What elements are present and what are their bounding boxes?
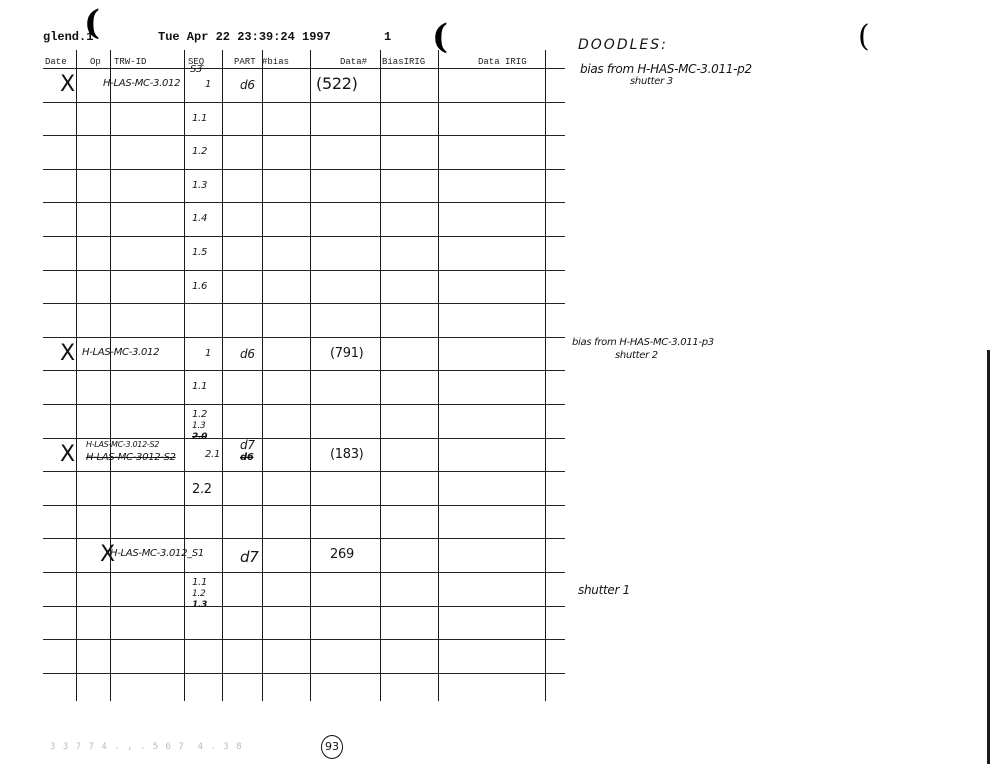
- row-divider: [43, 471, 565, 472]
- column-divider: [110, 50, 111, 701]
- trw-id: H-LAS-MC-3.012: [103, 78, 180, 89]
- row-divider: [43, 404, 565, 405]
- data-number: (522): [316, 74, 358, 93]
- row-divider: [43, 135, 565, 136]
- data-number: (791): [330, 346, 363, 361]
- row-divider: [43, 68, 565, 69]
- seq-value: 1.2: [192, 146, 207, 157]
- column-header-biasirig: BiasIRIG: [382, 57, 425, 67]
- column-header-part: PART: [234, 57, 256, 67]
- doodle-note-1-line1: bias from H-HAS-MC-3.011-p2: [580, 62, 752, 76]
- doodles-title: DOODLES:: [578, 37, 668, 53]
- seq-value: 1.1: [192, 113, 207, 124]
- column-header-data: Data#: [340, 57, 367, 67]
- punch-mark: (: [858, 22, 870, 52]
- row-divider: [43, 673, 565, 674]
- column-divider: [310, 50, 311, 701]
- part-value: d7: [240, 548, 258, 566]
- row-divider: [43, 572, 565, 573]
- row-divider: [43, 606, 565, 607]
- column-header-data-irig: Data IRIG: [478, 57, 527, 67]
- seq-value: 1.3: [192, 421, 205, 431]
- row-divider: [43, 102, 565, 103]
- op-check-mark: X: [60, 444, 75, 466]
- column-header-date: Date: [45, 57, 67, 67]
- row-divider: [43, 303, 565, 304]
- doodle-note-2-line1: bias from H-HAS-MC-3.011-p3: [572, 337, 714, 348]
- seq-value: 1.1: [192, 577, 207, 588]
- seq-value: 1.2: [192, 589, 205, 599]
- seq-value: 2.2: [192, 482, 212, 497]
- column-divider: [438, 50, 439, 701]
- part-value: d7: [240, 438, 255, 452]
- seq-value: 1.5: [192, 247, 207, 258]
- seq-value: 1: [205, 348, 211, 359]
- page-number: 93: [321, 735, 343, 759]
- trw-id-correction: H-LAS-MC-3.012-S2: [86, 440, 159, 449]
- op-check-mark: X: [60, 343, 75, 365]
- doodle-note-3: shutter 1: [578, 583, 630, 597]
- part-value: d6: [240, 347, 255, 361]
- row-divider: [43, 505, 565, 506]
- data-number: 269: [330, 547, 354, 562]
- column-divider: [262, 50, 263, 701]
- column-divider: [76, 50, 77, 701]
- punch-mark: (: [84, 6, 100, 40]
- row-divider: [43, 370, 565, 371]
- seq-value: 1: [205, 79, 211, 90]
- print-timestamp: Tue Apr 22 23:39:24 1997: [158, 30, 331, 44]
- column-header-bias: #bias: [262, 57, 289, 67]
- part-struck: d6: [240, 452, 254, 463]
- punch-mark: (: [432, 20, 448, 54]
- seq-value: 2.0: [192, 432, 207, 442]
- seq-value: 2.1: [205, 449, 220, 460]
- seq-value: 1.4: [192, 213, 207, 224]
- row-divider: [43, 270, 565, 271]
- row-divider: [43, 169, 565, 170]
- trw-id-struck: H-LAS-MC-3012-S2: [86, 452, 176, 463]
- trw-id: H-LAS-MC-3.012_S1: [110, 548, 204, 559]
- seq-value: 1.2: [192, 409, 207, 420]
- row-divider: [43, 538, 565, 539]
- bates-stamp: 3 3 7 7 4 . , . 5 6 7 4 . 3 8: [50, 742, 243, 752]
- data-number: (183): [330, 447, 363, 462]
- row-divider: [43, 337, 565, 338]
- column-divider: [184, 50, 185, 701]
- scan-edge-line: [987, 350, 990, 764]
- trw-id: H-LAS-MC-3.012: [82, 347, 159, 358]
- column-divider: [222, 50, 223, 701]
- seq-value: 1.3: [192, 180, 207, 191]
- seq-note: S3: [190, 64, 202, 75]
- column-header-trw-id: TRW-ID: [114, 57, 146, 67]
- doodle-note-2-line2: shutter 2: [615, 350, 658, 361]
- column-header-op: Op: [90, 57, 101, 67]
- row-divider: [43, 236, 565, 237]
- seq-value: 1.1: [192, 381, 207, 392]
- page-indicator: 1: [384, 30, 391, 44]
- column-divider: [380, 50, 381, 701]
- op-check-mark: X: [60, 74, 75, 96]
- row-divider: [43, 639, 565, 640]
- seq-value: 1.3: [192, 600, 207, 610]
- part-value: d6: [240, 78, 255, 92]
- doodle-note-1-line2: shutter 3: [630, 76, 673, 87]
- row-divider: [43, 202, 565, 203]
- column-divider: [545, 50, 546, 701]
- seq-value: 1.6: [192, 281, 207, 292]
